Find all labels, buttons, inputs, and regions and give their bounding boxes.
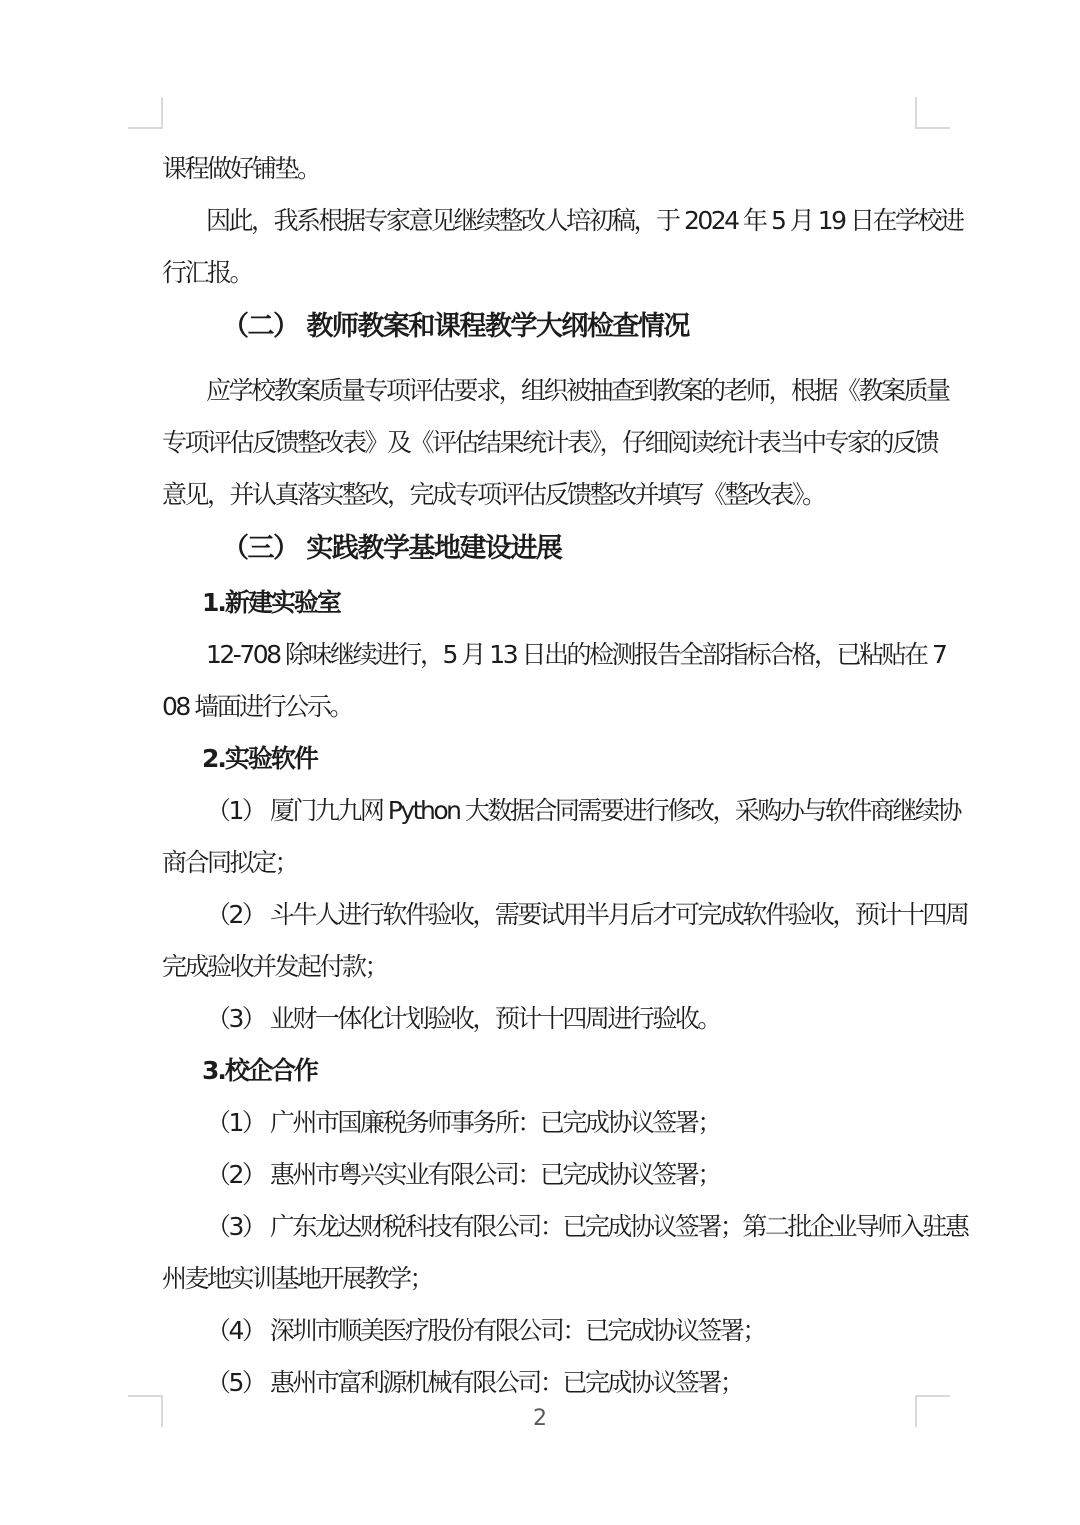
text-line: （2） 斗牛人进行软件验收，需要试用半月后才可完成软件验收，预计十四周 — [162, 889, 932, 941]
text-line: 完成验收并发起付款； — [162, 941, 932, 993]
paragraph: 应学校教案质量专项评估要求，组织被抽查到教案的老师，根据《教案质量专项评估反馈整… — [162, 365, 932, 521]
text-line: 课程做好铺垫。 — [162, 143, 932, 195]
paragraph: （5） 惠州市富利源机械有限公司：已完成协议签署； — [162, 1357, 932, 1409]
text-line: 12-708 除味继续进行，5 月 13 日出的检测报告全部指标合格，已粘贴在 … — [162, 629, 932, 681]
text-line: （1） 厦门九九网 Python 大数据合同需要进行修改，采购办与软件商继续协 — [162, 785, 932, 837]
text-line: 州麦地实训基地开展教学； — [162, 1253, 932, 1305]
text-line: （二） 教师教案和课程教学大纲检查情况 — [162, 299, 932, 355]
text-line: 08 墙面进行公示。 — [162, 681, 932, 733]
paragraph: （2） 斗牛人进行软件验收，需要试用半月后才可完成软件验收，预计十四周完成验收并… — [162, 889, 932, 993]
section-heading: （三） 实践教学基地建设进展 — [162, 521, 932, 577]
page-number: 2 — [0, 1406, 1080, 1431]
paragraph: （1） 广州市国廉税务师事务所：已完成协议签署； — [162, 1097, 932, 1149]
text-line: 商合同拟定； — [162, 837, 932, 889]
margin-crop-mark-top-right — [915, 97, 950, 129]
paragraph: （2） 惠州市粤兴实业有限公司：已完成协议签署； — [162, 1149, 932, 1201]
text-line: 3.校企合作 — [162, 1045, 932, 1097]
paragraph: （1） 厦门九九网 Python 大数据合同需要进行修改，采购办与软件商继续协商… — [162, 785, 932, 889]
text-line: （3） 业财一体化计划验收，预计十四周进行验收。 — [162, 993, 932, 1045]
paragraph: （4） 深圳市顺美医疗股份有限公司：已完成协议签署； — [162, 1305, 932, 1357]
text-line: （4） 深圳市顺美医疗股份有限公司：已完成协议签署； — [162, 1305, 932, 1357]
paragraph: 因此，我系根据专家意见继续整改人培初稿，于 2024 年 5 月 19 日在学校… — [162, 195, 932, 299]
text-line: 1.新建实验室 — [162, 577, 932, 629]
subsection-heading: 2.实验软件 — [162, 733, 932, 785]
text-line: 因此，我系根据专家意见继续整改人培初稿，于 2024 年 5 月 19 日在学校… — [162, 195, 932, 247]
text-line: 2.实验软件 — [162, 733, 932, 785]
paragraph: 课程做好铺垫。 — [162, 143, 932, 195]
paragraph: 12-708 除味继续进行，5 月 13 日出的检测报告全部指标合格，已粘贴在 … — [162, 629, 932, 733]
text-line: （三） 实践教学基地建设进展 — [162, 521, 932, 577]
subsection-heading: 3.校企合作 — [162, 1045, 932, 1097]
text-line: （1） 广州市国廉税务师事务所：已完成协议签署； — [162, 1097, 932, 1149]
document-page: 课程做好铺垫。因此，我系根据专家意见继续整改人培初稿，于 2024 年 5 月 … — [0, 0, 1080, 1525]
document-body: 课程做好铺垫。因此，我系根据专家意见继续整改人培初稿，于 2024 年 5 月 … — [162, 143, 932, 1409]
text-line: 应学校教案质量专项评估要求，组织被抽查到教案的老师，根据《教案质量 — [162, 365, 932, 417]
text-line: 意见，并认真落实整改，完成专项评估反馈整改并填写《整改表》。 — [162, 469, 932, 521]
text-line: （5） 惠州市富利源机械有限公司：已完成协议签署； — [162, 1357, 932, 1409]
section-heading: （二） 教师教案和课程教学大纲检查情况 — [162, 299, 932, 355]
text-line: 行汇报。 — [162, 247, 932, 299]
text-line: （2） 惠州市粤兴实业有限公司：已完成协议签署； — [162, 1149, 932, 1201]
text-line: 专项评估反馈整改表》及《评估结果统计表》，仔细阅读统计表当中专家的反馈 — [162, 417, 932, 469]
text-line: （3） 广东龙达财税科技有限公司：已完成协议签署；第二批企业导师入驻惠 — [162, 1201, 932, 1253]
paragraph: （3） 业财一体化计划验收，预计十四周进行验收。 — [162, 993, 932, 1045]
margin-crop-mark-top-left — [128, 97, 163, 129]
paragraph: （3） 广东龙达财税科技有限公司：已完成协议签署；第二批企业导师入驻惠州麦地实训… — [162, 1201, 932, 1305]
subsection-heading: 1.新建实验室 — [162, 577, 932, 629]
